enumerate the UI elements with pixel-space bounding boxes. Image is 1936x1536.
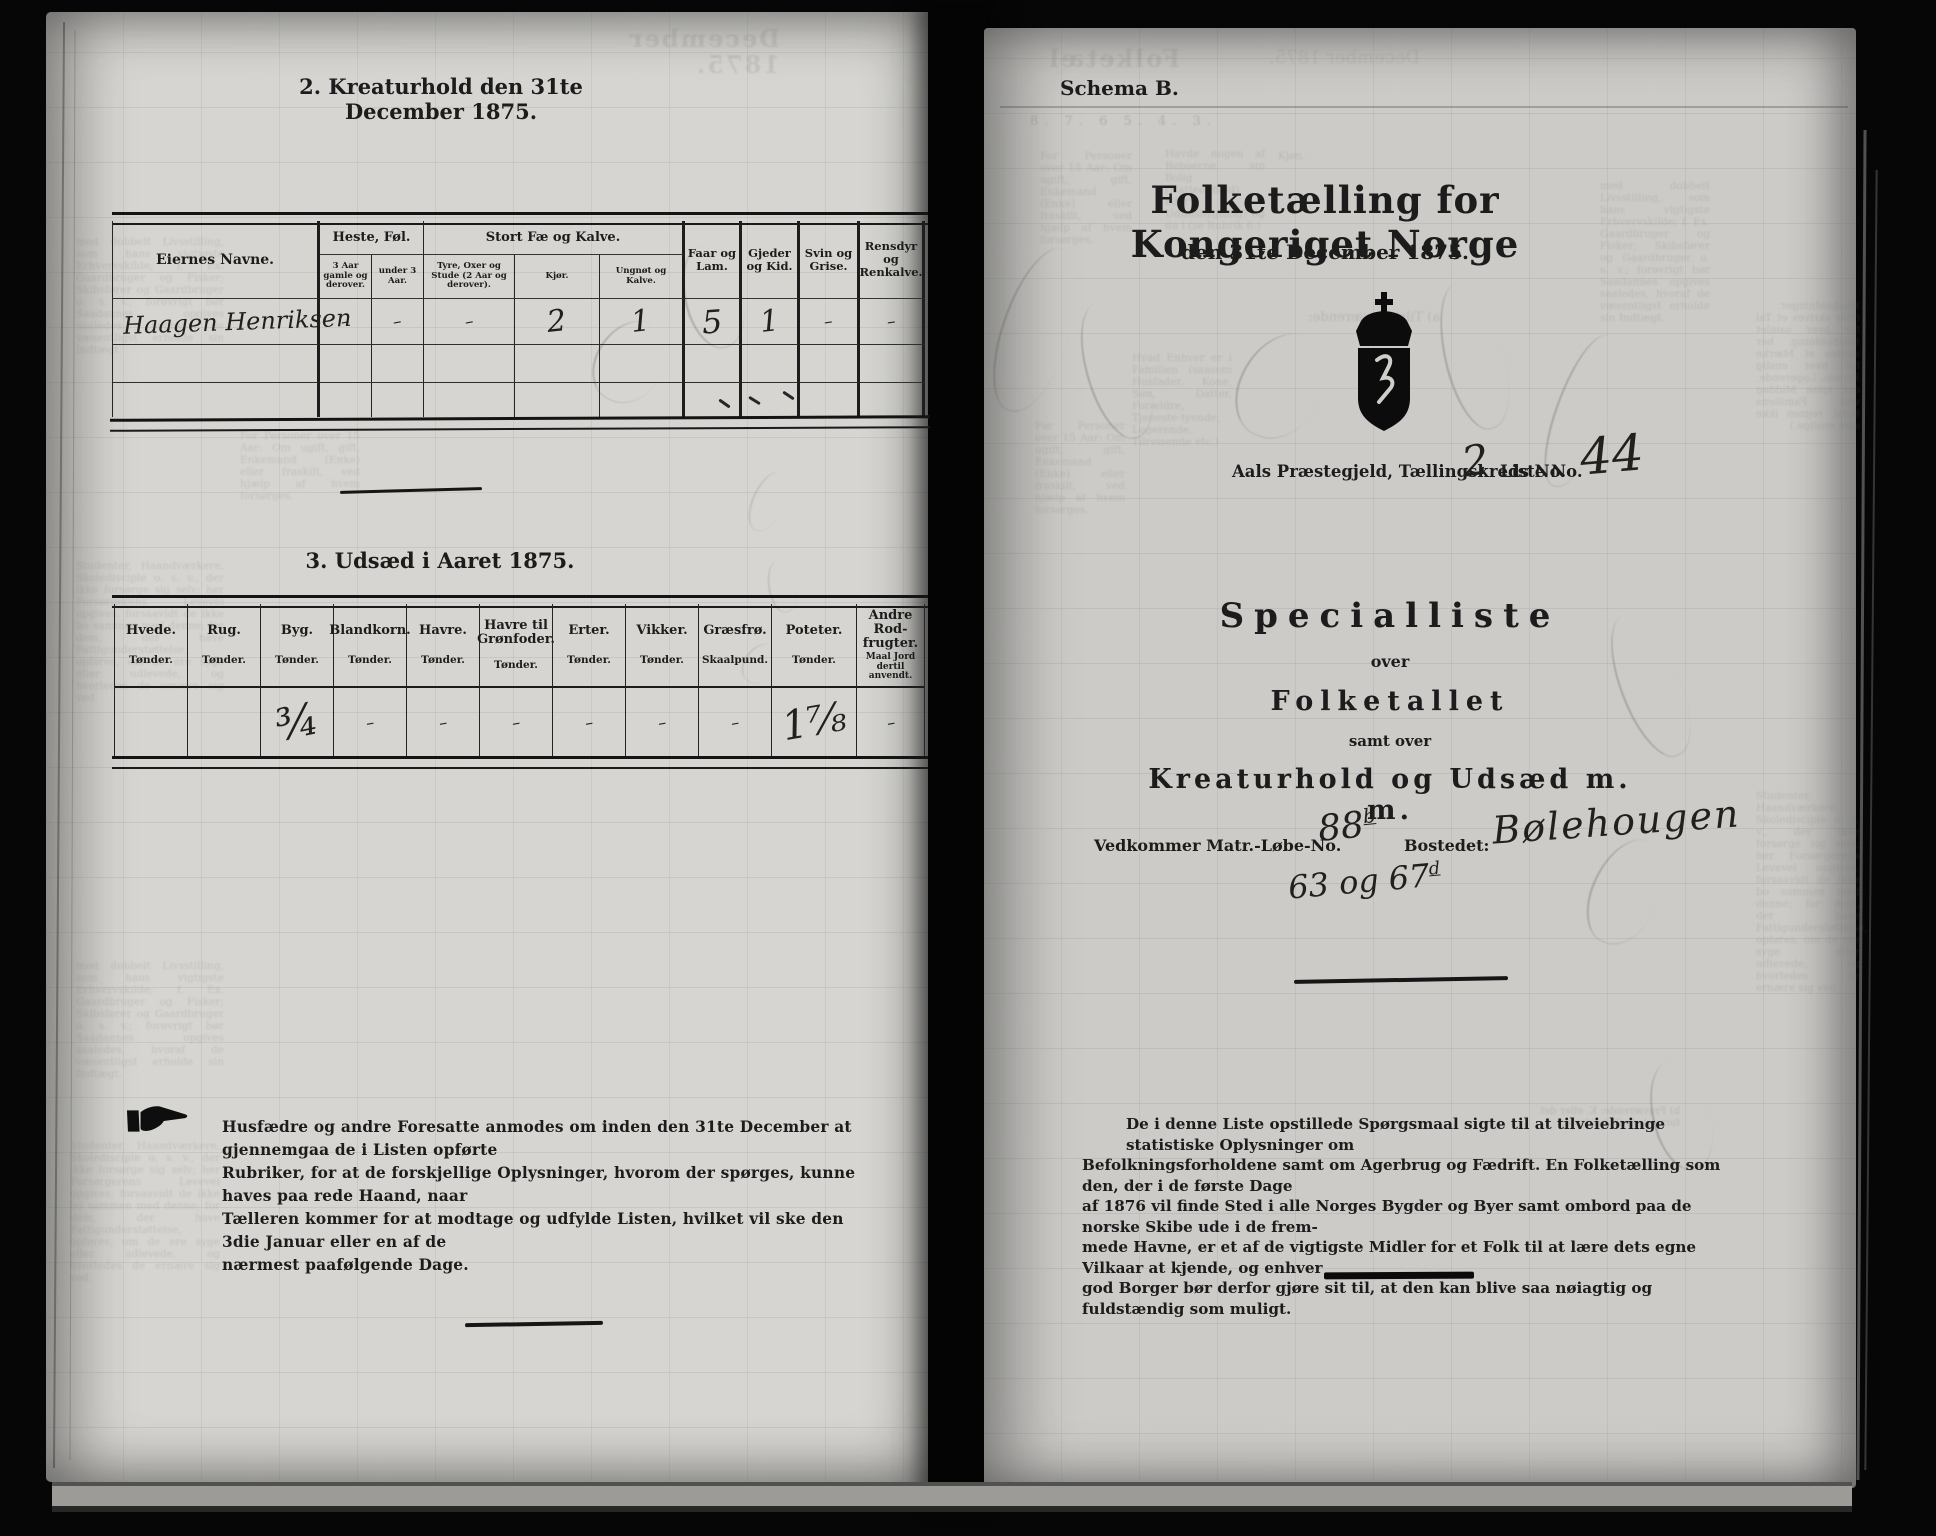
empty-cell (515, 345, 600, 383)
manicule-icon (126, 1102, 188, 1140)
bleed-rule (1000, 106, 1848, 108)
heading-kreaturhold-udsaed: Kreaturhold og Udsæd m. m. (1140, 764, 1640, 826)
kreaturhold-table: Eiernes Navne. Heste, Føl. Stort Fæ og K… (112, 221, 927, 417)
page-edge (1864, 170, 1877, 1470)
cell-svin: – (800, 299, 860, 345)
empty-cell (860, 383, 925, 417)
col-poteter: Poteter.Tønder. (772, 604, 857, 688)
empty-cell (515, 383, 600, 417)
table-rule (112, 756, 928, 769)
cell-havre: – (407, 688, 480, 756)
footnote: Husfædre og andre Foresatte anmodes om i… (222, 1116, 877, 1277)
footnote-line: Tælleren kommer for at modtage og udfyld… (222, 1208, 877, 1254)
cell-kjoer: 2 (515, 299, 600, 345)
paragraph-line: Befolkningsforholdene samt om Agerbrug o… (1082, 1155, 1734, 1196)
cell-erter: – (553, 688, 626, 756)
cell-faar: 5 (685, 299, 742, 345)
matr-label: Vedkommer Matr.-Løbe-No. (1094, 836, 1341, 855)
empty-cell (372, 383, 424, 417)
heading-samt-over: samt over (1180, 732, 1600, 750)
cell-byg: ¾ (261, 688, 334, 756)
book-gutter (928, 8, 986, 1490)
colgroup-stort-fae: Stort Fæ og Kalve. (424, 221, 685, 255)
cell-andre-rodfrugter: – (857, 688, 925, 756)
heading-over: over (1180, 652, 1600, 671)
empty-cell (600, 383, 685, 417)
empty-cell (685, 383, 742, 417)
col-rensdyr-og-renkalve: Rensdyr og Renkalve. (860, 221, 925, 299)
paragraph-line: af 1876 vil finde Sted i alle Norges Byg… (1082, 1196, 1734, 1237)
empty-cell (113, 345, 320, 383)
liste-label: Liste No. (1500, 462, 1583, 481)
empty-cell (372, 345, 424, 383)
col-vikker: Vikker.Tønder. (626, 604, 699, 688)
col-havre-groenfoder: Havre til Grønfoder.Tønder. (480, 604, 553, 688)
empty-cell (685, 345, 742, 383)
col-faar-og-lam: Faar og Lam. (685, 221, 742, 299)
udsaed-title: 3. Udsæd i Aaret 1875. (250, 548, 630, 573)
col-heste-3aar: 3 Aar gamle og derover. (320, 255, 372, 299)
col-havre: Havre.Tønder. (407, 604, 480, 688)
footnote-line: nærmest paafølgende Dage. (222, 1254, 877, 1277)
col-kjoer: Kjør. (515, 255, 600, 299)
cell-blandkorn: – (334, 688, 407, 756)
cell-poteter: 1⅞ (772, 688, 857, 756)
udsaed-table: Hvede.Tønder. Rug.Tønder. Byg.Tønder. Bl… (114, 604, 927, 756)
cell-vikker: – (626, 688, 699, 756)
col-byg: Byg.Tønder. (261, 604, 334, 688)
cell-graesfroe: – (699, 688, 772, 756)
empty-cell (424, 383, 515, 417)
empty-cell (860, 345, 925, 383)
col-hvede: Hvede.Tønder. (115, 604, 188, 688)
col-andre-rodfrugter: Andre Rod-frugter.Maal Jord dertil anven… (857, 604, 925, 688)
col-erter: Erter.Tønder. (553, 604, 626, 688)
coat-of-arms-norway (1348, 292, 1420, 434)
empty-cell (320, 345, 372, 383)
paragraph-line: De i denne Liste opstillede Spørgsmaal s… (1082, 1114, 1734, 1155)
empty-cell (742, 345, 800, 383)
col-heste-under3: under 3 Aar. (372, 255, 424, 299)
cell-tyre: – (424, 299, 515, 345)
footnote-line: Rubriker, for at de forskjellige Oplysni… (222, 1162, 877, 1208)
page-stack-bottom (52, 1482, 1852, 1512)
heading-specialliste: Specialliste (1180, 596, 1600, 636)
handwritten-line (1324, 1272, 1474, 1280)
empty-cell (424, 345, 515, 383)
empty-cell (800, 383, 860, 417)
footnote-line: Husfædre og andre Foresatte anmodes om i… (222, 1116, 877, 1162)
cell-gjeder: 1 (742, 299, 800, 345)
col-svin-og-grise: Svin og Grise. (800, 221, 860, 299)
cell-ungnoet: 1 (600, 299, 685, 345)
col-rug: Rug.Tønder. (188, 604, 261, 688)
col-ungnoet-kalve: Ungnøt og Kalve. (600, 255, 685, 299)
cell-hvede (115, 688, 188, 756)
col-tyre-oxer-stude: Tyre, Oxer og Stude (2 Aar og derover). (424, 255, 515, 299)
intro-paragraph: De i denne Liste opstillede Spørgsmaal s… (1082, 1114, 1734, 1319)
cell-rensdyr: – (860, 299, 925, 345)
kreaturhold-title: 2. Kreaturhold den 31te December 1875. (236, 74, 646, 124)
cell-heste-under3: – (372, 299, 424, 345)
paragraph-line: god Borger bør derfor gjøre sit til, at … (1082, 1278, 1734, 1319)
heading-folketallet: Folketallet (1180, 686, 1600, 717)
row-owner-name: Haagen Henriksen (113, 299, 320, 345)
col-blandkorn: Blandkorn.Tønder. (334, 604, 407, 688)
census-scan-spread: med dobbelt Livsstilling, som hans vigti… (0, 0, 1936, 1536)
colgroup-heste: Heste, Føl. (320, 221, 424, 255)
col-eiernes-navne: Eiernes Navne. (113, 221, 320, 299)
cell-rug (188, 688, 261, 756)
empty-cell (320, 383, 372, 417)
col-graesfroe: Græsfrø.Skaalpund. (699, 604, 772, 688)
bosted-label: Bostedet: (1404, 836, 1489, 855)
col-gjeder-og-kid: Gjeder og Kid. (742, 221, 800, 299)
empty-cell (600, 345, 685, 383)
cell-havre-groenfoder: – (480, 688, 553, 756)
schema-label: Schema B. (1060, 76, 1179, 100)
date-line: den 31te December 1875. (1086, 240, 1564, 264)
handwritten-name: Haagen Henriksen (115, 303, 352, 339)
empty-cell (113, 383, 320, 417)
empty-cell (800, 345, 860, 383)
